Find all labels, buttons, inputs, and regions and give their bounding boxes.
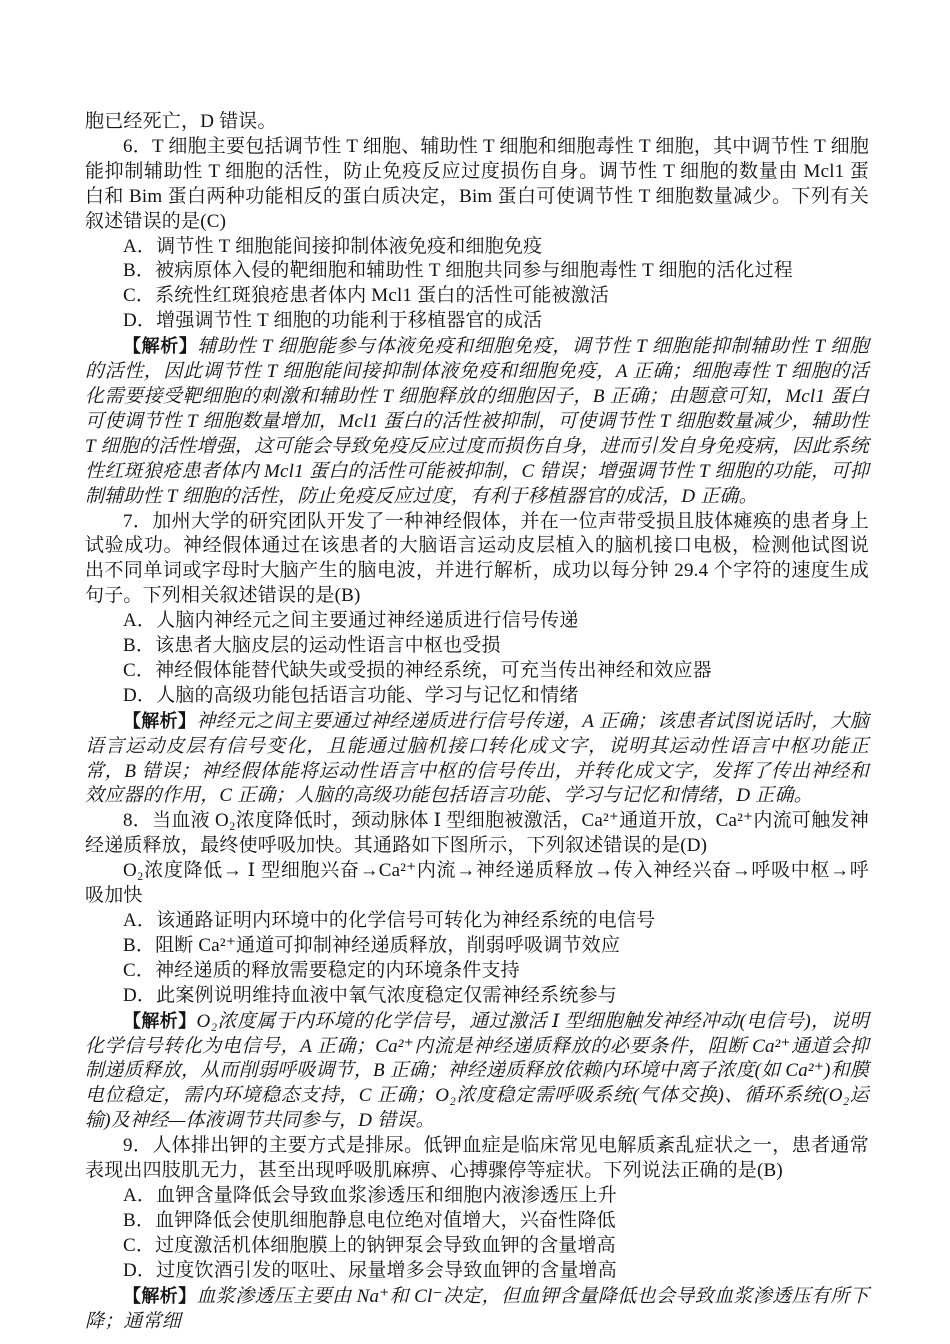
analysis-label: 【解析】 bbox=[123, 1011, 197, 1031]
question-8-option-c: C．神经递质的释放需要稳定的内环境条件支持 bbox=[85, 959, 869, 984]
question-8-option-d: D．此案例说明维持血液中氧气浓度稳定仅需神经系统参与 bbox=[85, 984, 869, 1009]
question-6-option-b: B．被病原体入侵的靶细胞和辅助性 T 细胞共同参与细胞毒性 T 细胞的活化过程 bbox=[85, 259, 869, 284]
question-8-option-a: A．该通路证明内环境中的化学信号可转化为神经系统的电信号 bbox=[85, 909, 869, 934]
question-8-analysis: 【解析】O₂浓度属于内环境的化学信号，通过激活 Ⅰ 型细胞触发神经冲动(电信号)… bbox=[85, 1009, 869, 1135]
analysis-label: 【解析】 bbox=[123, 336, 198, 356]
analysis-text: O₂浓度属于内环境的化学信号，通过激活 Ⅰ 型细胞触发神经冲动(电信号)，说明化… bbox=[85, 1011, 869, 1132]
question-8-pathway-diagram: O₂浓度降低→ Ⅰ 型细胞兴奋→Ca²⁺内流→神经递质释放→传入神经兴奋→呼吸中… bbox=[85, 859, 869, 909]
question-9-analysis: 【解析】血浆渗透压主要由 Na⁺和 Cl⁻决定，但血钾含量降低也会导致血浆渗透压… bbox=[85, 1284, 869, 1335]
question-8-option-b: B．阻断 Ca²⁺通道可抑制神经递质释放，削弱呼吸调节效应 bbox=[85, 934, 869, 959]
question-9-option-d: D．过度饮酒引发的呕吐、尿量增多会导致血钾的含量增高 bbox=[85, 1259, 869, 1284]
question-7-analysis: 【解析】神经元之间主要通过神经递质进行信号传递，A 正确；该患者试图说话时，大脑… bbox=[85, 709, 869, 810]
question-7-option-c: C．神经假体能替代缺失或受损的神经系统，可充当传出神经和效应器 bbox=[85, 659, 869, 684]
question-6-stem: 6．T 细胞主要包括调节性 T 细胞、辅助性 T 细胞和细胞毒性 T 细胞，其中… bbox=[85, 135, 869, 235]
question-9-option-a: A．血钾含量降低会导致血浆渗透压和细胞内液渗透压上升 bbox=[85, 1184, 869, 1209]
analysis-label: 【解析】 bbox=[123, 1286, 197, 1306]
question-9-stem: 9．人体排出钾的主要方式是排尿。低钾血症是临床常见电解质紊乱症状之一，患者通常表… bbox=[85, 1134, 869, 1184]
question-6-option-a: A．调节性 T 细胞能间接抑制体液免疫和细胞免疫 bbox=[85, 235, 869, 260]
question-7-option-d: D．人脑的高级功能包括语言功能、学习与记忆和情绪 bbox=[85, 684, 869, 709]
page-content: 胞已经死亡，D 错误。 6．T 细胞主要包括调节性 T 细胞、辅助性 T 细胞和… bbox=[85, 110, 869, 1334]
question-7-option-b: B．该患者大脑皮层的运动性语言中枢也受损 bbox=[85, 634, 869, 659]
exam-answer-page: 胞已经死亡，D 错误。 6．T 细胞主要包括调节性 T 细胞、辅助性 T 细胞和… bbox=[0, 0, 950, 1344]
question-9-option-c: C．过度激活机体细胞膜上的钠钾泵会导致血钾的含量增高 bbox=[85, 1234, 869, 1259]
question-8-stem: 8．当血液 O₂浓度降低时，颈动脉体 Ⅰ 型细胞被激活，Ca²⁺通道开放，Ca²… bbox=[85, 809, 869, 859]
analysis-text: 血浆渗透压主要由 Na⁺和 Cl⁻决定，但血钾含量降低也会导致血浆渗透压有所下降… bbox=[85, 1286, 869, 1332]
analysis-text: 辅助性 T 细胞能参与体液免疫和细胞免疫，调节性 T 细胞能抑制辅助性 T 细胞… bbox=[85, 336, 869, 506]
question-6-option-c: C．系统性红斑狼疮患者体内 Mcl1 蛋白的活性可能被激活 bbox=[85, 284, 869, 309]
analysis-text: 神经元之间主要通过神经递质进行信号传递，A 正确；该患者试图说话时，大脑语言运动… bbox=[85, 711, 869, 807]
question-7-stem: 7．加州大学的研究团队开发了一种神经假体，并在一位声带受损且肢体瘫痪的患者身上试… bbox=[85, 510, 869, 610]
question-9-option-b: B．血钾降低会使肌细胞静息电位绝对值增大，兴奋性降低 bbox=[85, 1209, 869, 1234]
question-6-option-d: D．增强调节性 T 细胞的功能利于移植器官的成活 bbox=[85, 309, 869, 334]
continuation-text: 胞已经死亡，D 错误。 bbox=[85, 110, 869, 135]
analysis-label: 【解析】 bbox=[123, 711, 196, 731]
question-7-option-a: A．人脑内神经元之间主要通过神经递质进行信号传递 bbox=[85, 609, 869, 634]
question-6-analysis: 【解析】辅助性 T 细胞能参与体液免疫和细胞免疫，调节性 T 细胞能抑制辅助性 … bbox=[85, 334, 869, 509]
